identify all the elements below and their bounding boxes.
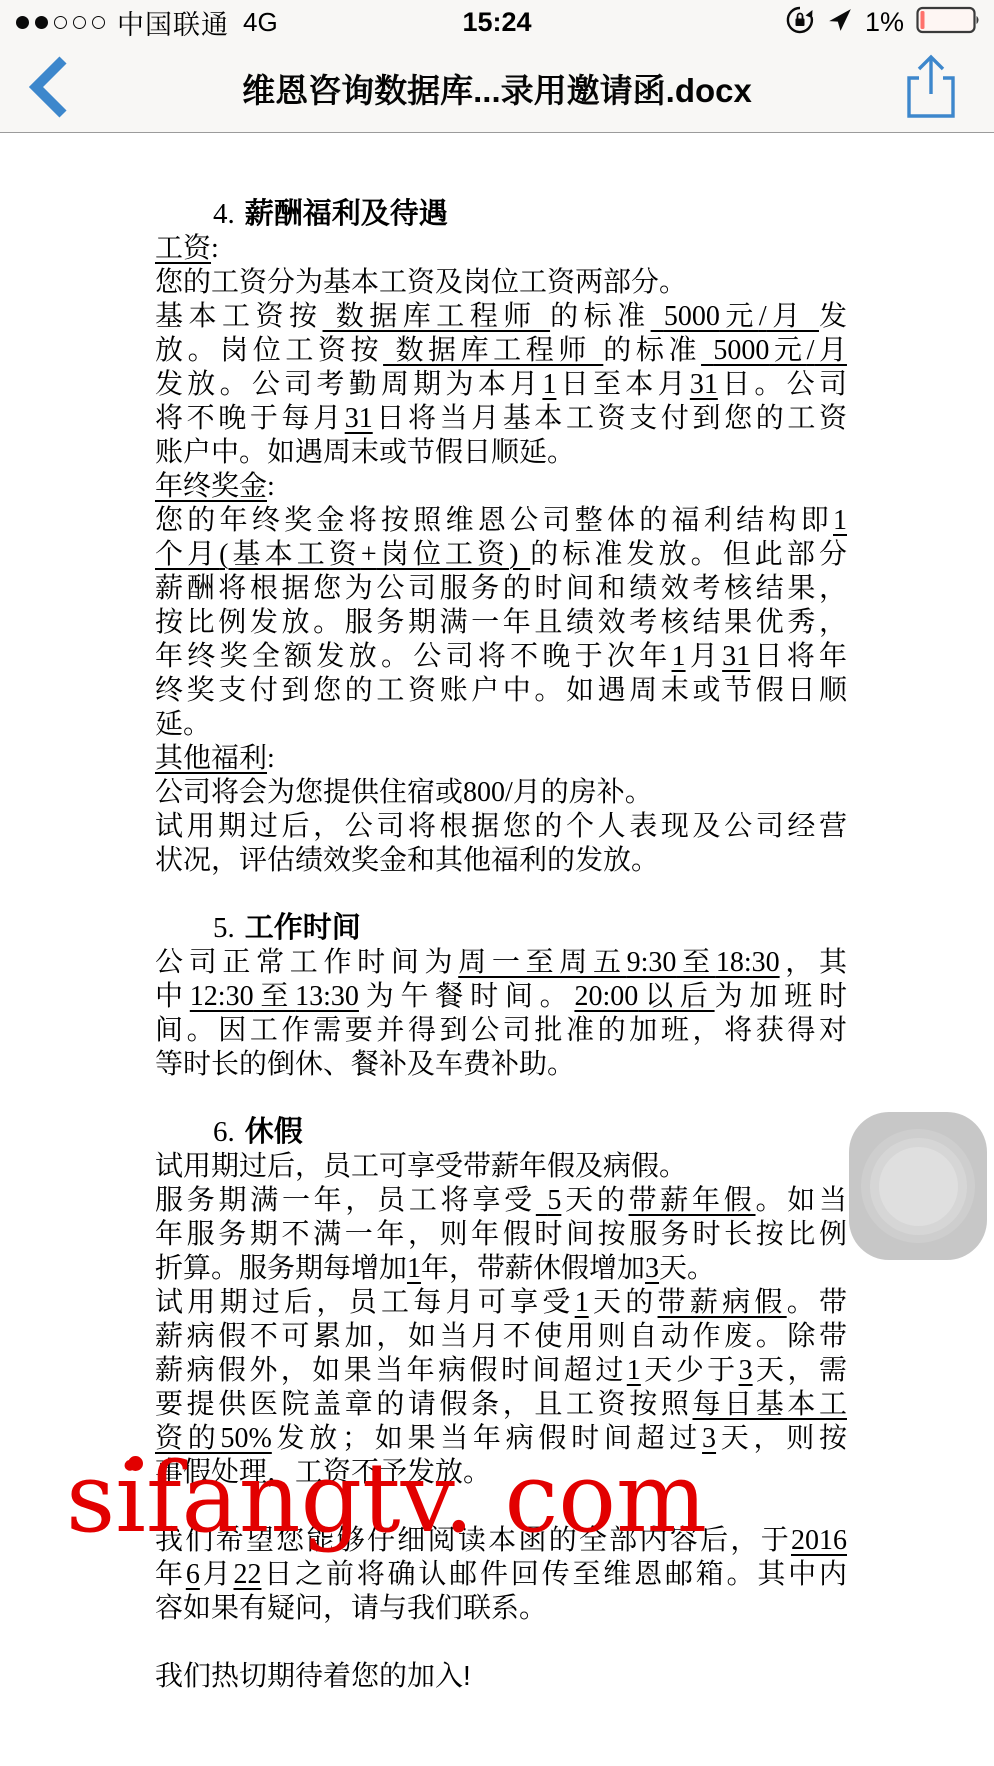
back-button[interactable]: [14, 56, 84, 122]
doc-line: 间。因工作需要并得到公司批准的加班，将获得对: [155, 1013, 847, 1047]
doc-line: 中12:30至13:30为午餐时间。20:00以后为加班时: [155, 979, 847, 1013]
status-right-group: 1%: [785, 0, 982, 44]
doc-line: 年服务期不满一年，则年假时间按服务时长按比例: [155, 1217, 847, 1251]
doc-line: 薪酬将根据您为公司服务的时间和绩效考核结果，: [155, 571, 847, 605]
doc-heading: 6.休假: [155, 1115, 847, 1149]
doc-line: 薪病假不可累加，如当月不使用则自动作废。除带: [155, 1319, 847, 1353]
share-icon: [903, 54, 959, 125]
doc-line: 状况，评估绩效奖金和其他福利的发放。: [155, 843, 847, 877]
doc-line: 折算。服务期每增加1年，带薪休假增加3天。: [155, 1251, 847, 1285]
doc-heading: 4.薪酬福利及待遇: [155, 197, 847, 231]
doc-line: 要提供医院盖章的请假条，且工资按照每日基本工: [155, 1387, 847, 1421]
doc-line: 事假处理，工资不予发放。: [155, 1455, 847, 1489]
doc-line: 您的年终奖金将按照维恩公司整体的福利结构即1: [155, 503, 847, 537]
doc-line: 发放。公司考勤周期为本月1日至本月31日。公司: [155, 367, 847, 401]
share-button[interactable]: [896, 56, 966, 122]
doc-line: 放。岗位工资按 数据库工程师 的标准 5000元/月: [155, 333, 847, 367]
doc-line: 试用期过后，员工每月可享受1天的带薪病假。带: [155, 1285, 847, 1319]
battery-percent-label: 1%: [865, 7, 904, 38]
doc-line: 终奖支付到您的工资账户中。如遇周末或节假日顺: [155, 673, 847, 707]
status-bar: 中国联通 4G 15:24 1%: [0, 0, 994, 44]
doc-line: 试用期过后，公司将根据您的个人表现及公司经营: [155, 809, 847, 843]
rotation-lock-icon: [785, 5, 815, 40]
nav-bar: 维恩咨询数据库...录用邀请函.docx: [0, 44, 994, 133]
doc-line: 按比例发放。服务期满一年且绩效考核结果优秀，: [155, 605, 847, 639]
back-chevron-icon: [29, 56, 69, 123]
doc-line: 年终奖金:: [155, 469, 847, 503]
doc-blank-line: [155, 877, 847, 911]
doc-line: 工资:: [155, 231, 847, 265]
doc-blank-line: [155, 1081, 847, 1115]
doc-line: 资的50%发放；如果当年病假时间超过3天，则按: [155, 1421, 847, 1455]
doc-line: 年6月22日之前将确认邮件回传至维恩邮箱。其中内: [155, 1557, 847, 1591]
doc-line: 容如果有疑问，请与我们联系。: [155, 1591, 847, 1625]
doc-blank-line: [155, 1625, 847, 1659]
doc-heading: 5.工作时间: [155, 911, 847, 945]
doc-line: 延。: [155, 707, 847, 741]
doc-line: 服务期满一年，员工将享受 5天的带薪年假。如当: [155, 1183, 847, 1217]
doc-line: 将不晚于每月31日将当月基本工资支付到您的工资: [155, 401, 847, 435]
assistive-touch-idle-icon: [861, 1129, 975, 1243]
doc-line: 薪病假外，如果当年病假时间超过1天少于3天，需: [155, 1353, 847, 1387]
doc-line: 公司将会为您提供住宿或800/月的房补。: [155, 775, 847, 809]
battery-icon: [916, 5, 982, 40]
doc-line: 我们希望您能够仔细阅读本函的全部内容后，于2016: [155, 1523, 847, 1557]
doc-line: 年终奖全额发放。公司将不晚于次年1月31日将年: [155, 639, 847, 673]
doc-line: 我们热切期待着您的加入!: [155, 1659, 847, 1693]
location-arrow-icon: [827, 7, 853, 38]
doc-line: 账户中。如遇周末或节假日顺延。: [155, 435, 847, 469]
doc-line: 等时长的倒休、餐补及车费补助。: [155, 1047, 847, 1081]
document-content[interactable]: 4.薪酬福利及待遇工资:您的工资分为基本工资及岗位工资两部分。基本工资按 数据库…: [0, 133, 994, 1766]
phone-screen: 中国联通 4G 15:24 1%: [0, 0, 994, 1766]
document-title: 维恩咨询数据库...录用邀请函.docx: [120, 44, 874, 133]
doc-line: 试用期过后，员工可享受带薪年假及病假。: [155, 1149, 847, 1183]
doc-line: 其他福利:: [155, 741, 847, 775]
doc-line: 基本工资按 数据库工程师 的标准 5000元/月 发: [155, 299, 847, 333]
doc-blank-line: [155, 1489, 847, 1523]
doc-line: 个月(基本工资+岗位工资) 的标准发放。但此部分: [155, 537, 847, 571]
doc-line: 您的工资分为基本工资及岗位工资两部分。: [155, 265, 847, 299]
assistive-touch-button[interactable]: [849, 1112, 987, 1260]
doc-line: 公司正常工作时间为周一至周五9:30至18:30，其: [155, 945, 847, 979]
